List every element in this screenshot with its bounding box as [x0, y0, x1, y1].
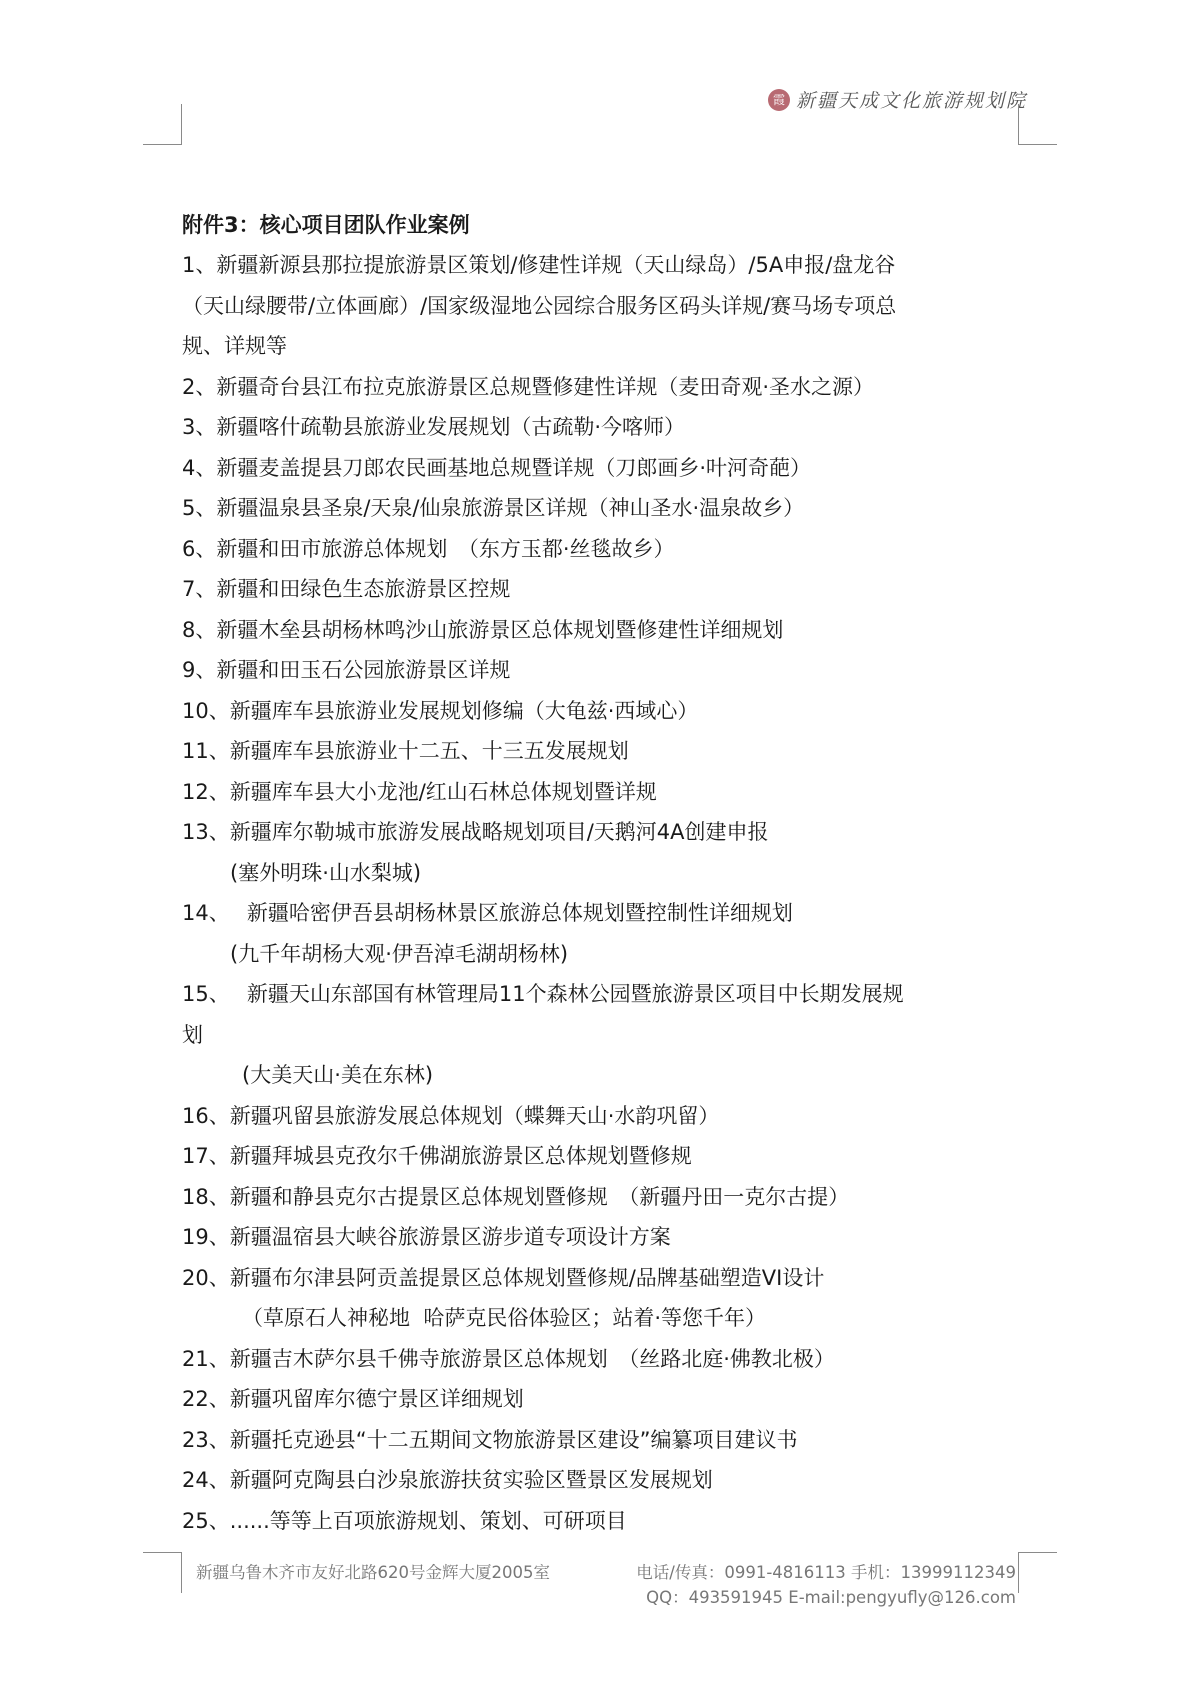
project-item-line: 21、新疆吉木萨尔县千佛寺旅游景区总体规划 （丝路北庭·佛教北极）	[182, 1339, 1032, 1380]
footer-qq-email: QQ：493591945 E-mail:pengyufly@126.com	[646, 1588, 1016, 1607]
project-item-line: 6、新疆和田市旅游总体规划 （东方玉都·丝毯故乡）	[182, 529, 1032, 570]
project-item-subtitle: (大美天山·美在东林)	[182, 1055, 1032, 1096]
seal-logo-icon: 霞	[768, 89, 790, 111]
corner-mark-bottom-right	[1018, 1552, 1057, 1593]
document-body: 附件3：核心项目团队作业案例 1、新疆新源县那拉提旅游景区策划/修建性详规（天山…	[182, 205, 1032, 1541]
project-item-line: 16、新疆巩留县旅游发展总体规划（蝶舞天山·水韵巩留）	[182, 1096, 1032, 1137]
project-item-line: 4、新疆麦盖提县刀郎农民画基地总规暨详规（刀郎画乡·叶河奇葩）	[182, 448, 1032, 489]
project-item-line: 11、新疆库车县旅游业十二五、十三五发展规划	[182, 731, 1032, 772]
project-item-line: 3、新疆喀什疏勒县旅游业发展规划（古疏勒·今喀师）	[182, 407, 1032, 448]
project-item-line: 25、......等等上百项旅游规划、策划、可研项目	[182, 1501, 1032, 1542]
project-item-subtitle: （草原石人神秘地 哈萨克民俗体验区；站着·等您千年）	[182, 1298, 1032, 1339]
project-item-line: 20、新疆布尔津县阿贡盖提景区总体规划暨修规/品牌基础塑造VI设计	[182, 1258, 1032, 1299]
project-item-line: 15、 新疆天山东部国有林管理局11个森林公园暨旅游景区项目中长期发展规	[182, 974, 1032, 1015]
project-item-line: 23、新疆托克逊县“十二五期间文物旅游景区建设”编纂项目建议书	[182, 1420, 1032, 1461]
project-item-line: 17、新疆拜城县克孜尔千佛湖旅游景区总体规划暨修规	[182, 1136, 1032, 1177]
project-item-line: 13、新疆库尔勒城市旅游发展战略规划项目/天鹅河4A创建申报	[182, 812, 1032, 853]
project-item-line: 7、新疆和田绿色生态旅游景区控规	[182, 569, 1032, 610]
project-item-line: 18、新疆和静县克尔古提景区总体规划暨修规 （新疆丹田一克尔古提）	[182, 1177, 1032, 1218]
project-item-line: 9、新疆和田玉石公园旅游景区详规	[182, 650, 1032, 691]
project-item-line: 24、新疆阿克陶县白沙泉旅游扶贫实验区暨景区发展规划	[182, 1460, 1032, 1501]
project-item-line: 10、新疆库车县旅游业发展规划修编（大龟兹·西域心）	[182, 691, 1032, 732]
page-footer: 新疆乌鲁木齐市友好北路620号金辉大厦2005室 电话/传真：0991-4816…	[196, 1560, 1016, 1610]
project-item-line: 划	[182, 1015, 1032, 1056]
project-item-line: 12、新疆库车县大小龙池/红山石林总体规划暨详规	[182, 772, 1032, 813]
project-item-line: 1、新疆新源县那拉提旅游景区策划/修建性详规（天山绿岛）/5A申报/盘龙谷	[182, 245, 1032, 286]
footer-address: 新疆乌鲁木齐市友好北路620号金辉大厦2005室	[196, 1560, 550, 1585]
footer-phone: 电话/传真：0991-4816113 手机：13999112349	[636, 1560, 1016, 1585]
brand-name: 新疆天成文化旅游规划院	[796, 86, 1027, 113]
header-brand: 霞 新疆天成文化旅游规划院	[768, 86, 1027, 113]
project-item-line: 14、 新疆哈密伊吾县胡杨林景区旅游总体规划暨控制性详细规划	[182, 893, 1032, 934]
project-item-line: 22、新疆巩留库尔德宁景区详细规划	[182, 1379, 1032, 1420]
project-item-line: 8、新疆木垒县胡杨林鸣沙山旅游景区总体规划暨修建性详细规划	[182, 610, 1032, 651]
corner-mark-bottom-left	[143, 1552, 182, 1593]
project-item-subtitle: (九千年胡杨大观·伊吾淖毛湖胡杨林)	[182, 934, 1032, 975]
project-list: 1、新疆新源县那拉提旅游景区策划/修建性详规（天山绿岛）/5A申报/盘龙谷（天山…	[182, 245, 1032, 1541]
project-item-subtitle: (塞外明珠·山水梨城)	[182, 853, 1032, 894]
document-title: 附件3：核心项目团队作业案例	[182, 205, 1032, 245]
project-item-line: 19、新疆温宿县大峡谷旅游景区游步道专项设计方案	[182, 1217, 1032, 1258]
project-item-line: 2、新疆奇台县江布拉克旅游景区总规暨修建性详规（麦田奇观·圣水之源）	[182, 367, 1032, 408]
corner-mark-top-left	[143, 104, 182, 145]
project-item-line: 规、详规等	[182, 326, 1032, 367]
project-item-line: 5、新疆温泉县圣泉/天泉/仙泉旅游景区详规（神山圣水·温泉故乡）	[182, 488, 1032, 529]
project-item-line: （天山绿腰带/立体画廊）/国家级湿地公园综合服务区码头详规/赛马场专项总	[182, 286, 1032, 327]
